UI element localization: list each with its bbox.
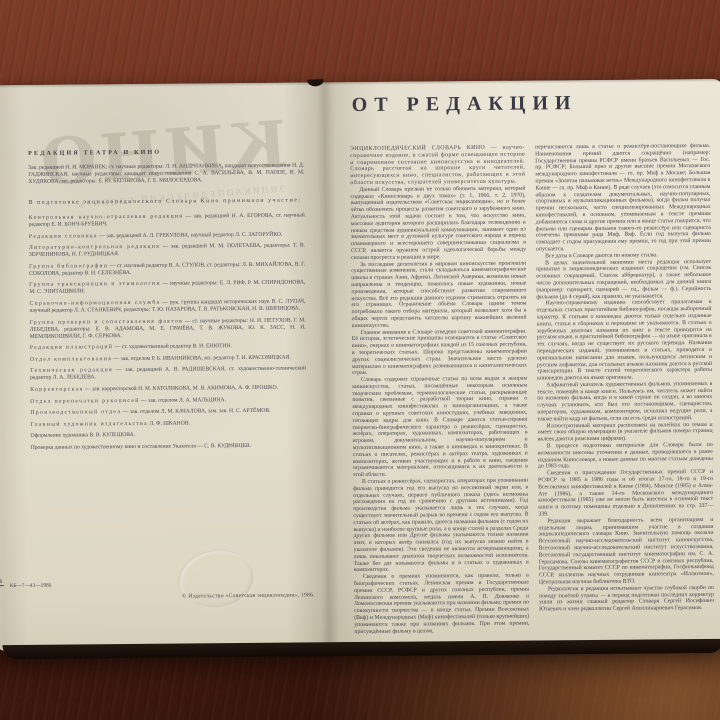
- imprint-row: 4702010000—008 007(01)—87 КБ—7—43—1986 ©…: [0, 576, 320, 592]
- page-title: ОТ РЕДАКЦИИ: [352, 92, 578, 117]
- credit-lead: Корректорская: [30, 386, 83, 392]
- credit-text: — зав. отделом Л. М. КАЧАЛОВА, зам. зав.…: [123, 408, 271, 415]
- credit-text: — зав. корректорской Н. М. КАТОЛИКОВА, М…: [85, 385, 278, 393]
- paragraph: Редколлегия и редакция испытывают чувств…: [539, 585, 714, 614]
- book-code: 4702010000—008 007(01)—87: [0, 579, 4, 592]
- paragraph: В процессе подготовки материалов для Сло…: [538, 442, 713, 471]
- left-page-text: РЕДАКЦИЯ ТЕАТРА И КИНО Зав. редакцией Н.…: [28, 148, 307, 456]
- credit-text: Л. Ф. ШКАНОВ.: [149, 420, 189, 426]
- credit-item: Отдел перепечатки рукописей — зав. отдел…: [30, 396, 306, 405]
- code-denominator: 007(01)—87: [0, 586, 4, 592]
- credit-lead: Редакция словника: [29, 233, 98, 240]
- credit-text: — ст. художественный редактор В. И. ЕНЮТ…: [115, 343, 232, 350]
- open-book: КИНО ЭНЦИКЛОПЕДИЧЕСКИЙ СЛОВАРЬ РЕДАКЦИЯ …: [0, 79, 720, 651]
- credits-intro: В подготовке энциклопедического Словаря …: [29, 197, 305, 206]
- credit-lead: Группа транскрипции и этимологии: [29, 281, 161, 288]
- column-2: перечисляются лишь в статье о режиссёре-…: [535, 143, 714, 634]
- credit-lead: Группа библиографии: [29, 263, 108, 270]
- credit-lead: Производственный отдел: [30, 409, 121, 416]
- credit-item: Литературно-контрольная редакция — зав. …: [29, 243, 305, 259]
- paragraph: Иллюстративный материал расположен на вк…: [538, 422, 713, 444]
- credit-lead: Контрольная научно-отраслевая редакция: [29, 214, 184, 221]
- credit-item: Редакция словника — зав. редакцией А. Л.…: [29, 231, 305, 240]
- credit-item: Производственный отдел — зав. отделом Л.…: [30, 408, 306, 417]
- paragraph: Словарь содержит справочные статьи по вс…: [352, 376, 528, 479]
- paragraph: Данный Словарь призван не только обновит…: [350, 185, 526, 261]
- credit-lead: Справочно-информационная служба: [29, 300, 160, 307]
- left-page: КИНО ЭНЦИКЛОПЕДИЧЕСКИЙ СЛОВАРЬ РЕДАКЦИЯ …: [0, 82, 330, 651]
- paragraph: Сведения о премиях упоминаются, как прав…: [354, 573, 530, 636]
- credit-lead: Отдел перепечатки рукописей: [30, 397, 139, 404]
- paragraph: Главное внимание в Словаре отведено сове…: [352, 328, 527, 377]
- credit-item: Группа проверки и сопоставления фактов —…: [30, 317, 306, 340]
- credit-item: Отдел комплектования — зав. отделом Р. Б…: [30, 354, 306, 363]
- credit-item: Оформление художника В. В. КУЛЕШОВА.: [31, 431, 307, 440]
- credit-lead: Главный художник издательства: [30, 421, 148, 428]
- credit-item: Контрольная научно-отраслевая редакция —…: [29, 212, 305, 228]
- paragraph: В статьях о режиссёрах, сценаристах, опе…: [353, 478, 529, 575]
- credit-item: Редакция иллюстраций — ст. художественны…: [30, 343, 306, 352]
- paragraph: Алфавитный указатель художественных филь…: [537, 381, 712, 423]
- credit-text: — зав. редакцией А. Л. ГРЕКУЛОВА, научны…: [99, 231, 282, 239]
- credit-item: Справочно-информационная служба — рук. г…: [29, 298, 305, 314]
- paragraph: За последние десятилетия в мировом кинои…: [351, 260, 527, 329]
- credit-text: Оформление художника В. В. КУЛЕШОВА.: [31, 432, 136, 439]
- code-suffix: КБ—7—43—1986: [10, 582, 52, 588]
- credit-text: — зав. отделом Р. Б. ИВАННИКОВА, мл. ред…: [114, 354, 291, 362]
- paragraph: Редакция выражает благодарность всем орг…: [538, 517, 714, 586]
- editorial-staff-paragraph: Зав. редакцией Н. И. МОРАВЕК; ст. научны…: [28, 162, 304, 185]
- credit-item: Группа транскрипции и этимологии — научн…: [29, 280, 305, 296]
- credit-lead: Редакция иллюстраций: [30, 344, 114, 351]
- column-1: ЭНЦИКЛОПЕДИЧЕСКИЙ СЛОВАРЬ КИНО — научно-…: [350, 145, 529, 636]
- credit-item: Техническая редакция — зав. редакцией А.…: [30, 366, 306, 382]
- credit-lead: Литературно-контрольная редакция: [29, 244, 160, 251]
- credit-item: Главный художник издательства Л. Ф. ШКАН…: [30, 419, 306, 428]
- right-page: ОТ РЕДАКЦИИ ЭНЦИКЛОПЕДИЧЕСКИЙ СЛОВАРЬ КИ…: [326, 79, 720, 648]
- credit-lead: Техническая редакция: [30, 367, 113, 374]
- paragraph: перечисляются лишь в статье о режиссёре-…: [535, 143, 711, 253]
- two-column-text: ЭНЦИКЛОПЕДИЧЕСКИЙ СЛОВАРЬ КИНО — научно-…: [350, 143, 714, 635]
- credit-text: — зав. отделом Л. А. МАЛЬЦИНА.: [141, 397, 226, 404]
- book-photo-scene: КИНО ЭНЦИКЛОПЕДИЧЕСКИЙ СЛОВАРЬ РЕДАКЦИЯ …: [0, 0, 720, 720]
- paragraph: Научно-справочному изданию способствует …: [536, 299, 712, 382]
- credit-item: Проверка данных по художественному кино …: [31, 442, 307, 451]
- credit-item: Корректорская — зав. корректорской Н. М.…: [30, 384, 306, 393]
- credit-lead: Отдел комплектования: [30, 356, 112, 363]
- copyright-line: © Издательство «Советская энциклопедия»,…: [182, 592, 315, 599]
- paragraph: Сведения о присуждении Государственных п…: [538, 469, 713, 518]
- edition-header: РЕДАКЦИЯ ТЕАТРА И КИНО: [28, 148, 304, 157]
- credit-text: Проверка данных по художественному кино …: [31, 443, 251, 451]
- paragraph: ЭНЦИКЛОПЕДИЧЕСКИЙ СЛОВАРЬ КИНО — научно-…: [350, 145, 525, 187]
- paragraph: В целях значительной экономии места реда…: [536, 258, 711, 300]
- credit-item: Группа библиографии — ст. научный редакт…: [29, 261, 305, 277]
